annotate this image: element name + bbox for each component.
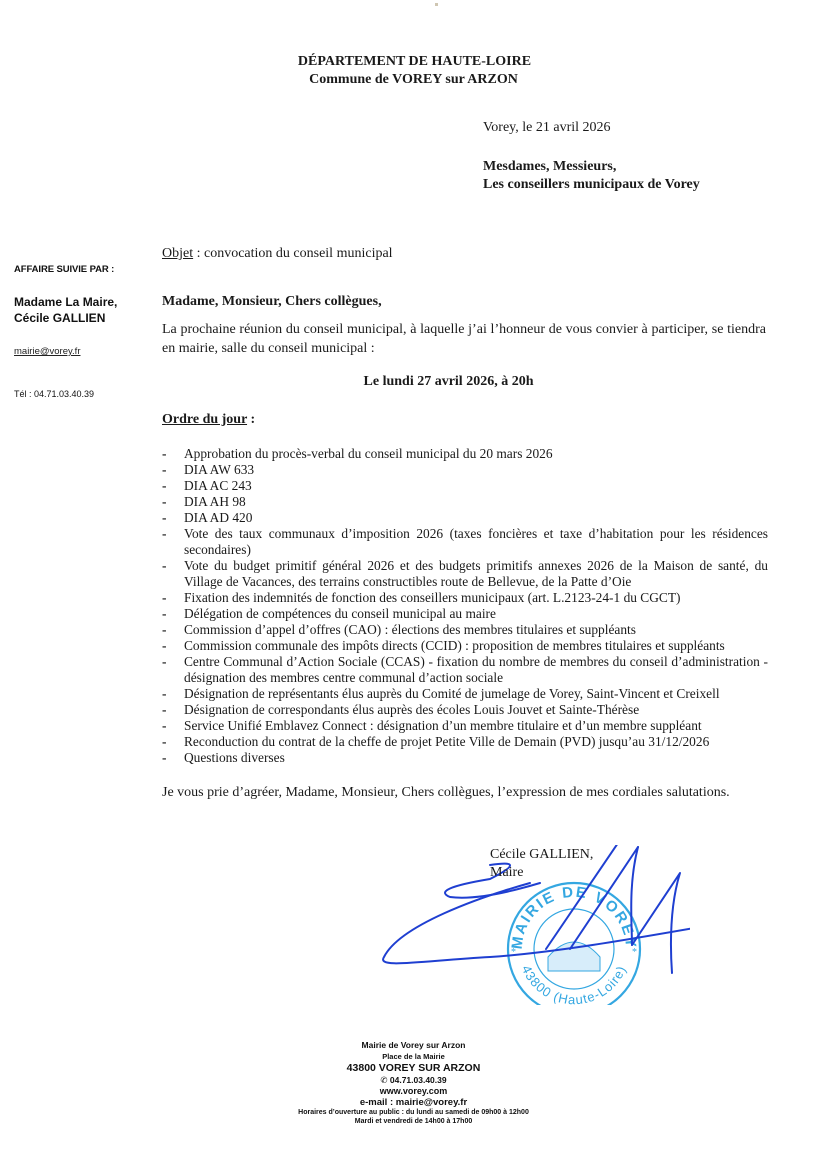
agenda-item: Désignation de correspondants élus auprè… [162, 702, 768, 718]
agenda-item: DIA AW 633 [162, 462, 768, 478]
agenda-title-suffix: : [247, 412, 255, 427]
letter-date: Vorey, le 21 avril 2026 [483, 120, 611, 136]
agenda-item: Fixation des indemnités de fonction des … [162, 590, 768, 606]
agenda-item: Commission d’appel d’offres (CAO) : élec… [162, 622, 768, 638]
agenda-item: Centre Communal d’Action Sociale (CCAS) … [162, 654, 768, 686]
footer-place: Place de la Mairie [0, 1051, 827, 1062]
footer-hours-1: Horaires d’ouverture au public : du lund… [0, 1108, 827, 1117]
department-title: DÉPARTEMENT DE HAUTE-LOIRE [0, 53, 827, 71]
agenda-item: Service Unifié Emblavez Connect : désign… [162, 718, 768, 734]
agenda-list: Approbation du procès-verbal du conseil … [162, 446, 768, 766]
footer-phone: ✆ 04.71.03.40.39 [0, 1075, 827, 1086]
recipients-line-1: Mesdames, Messieurs, [483, 158, 700, 176]
subject-line: Objet : convocation du conseil municipal [162, 246, 393, 262]
closing-paragraph: Je vous prie d’agréer, Madame, Monsieur,… [162, 783, 766, 802]
agenda-item: Commission communale des impôts directs … [162, 638, 768, 654]
subject-label: Objet [162, 246, 193, 261]
subject-separator: : [193, 246, 204, 261]
recipients: Mesdames, Messieurs, Les conseillers mun… [483, 158, 700, 194]
followed-by-label: AFFAIRE SUIVIE PAR : [14, 264, 154, 275]
agenda-item: Désignation de représentants élus auprès… [162, 686, 768, 702]
signer-name: Cécile GALLIEN, [490, 846, 593, 864]
scan-artifact [435, 3, 438, 6]
svg-text:*: * [511, 947, 516, 958]
intro-paragraph: La prochaine réunion du conseil municipa… [162, 320, 766, 358]
footer-address: Mairie de Vorey sur Arzon Place de la Ma… [0, 1040, 827, 1126]
footer-hours-2: Mardi et vendredi de 14h00 à 17h00 [0, 1117, 827, 1126]
letterhead: DÉPARTEMENT DE HAUTE-LOIRE Commune de VO… [0, 53, 827, 89]
svg-text:*: * [632, 947, 637, 958]
meeting-date: Le lundi 27 avril 2026, à 20h [0, 374, 827, 390]
contact-phone: Tél : 04.71.03.40.39 [14, 389, 94, 399]
agenda-item: Délégation de compétences du conseil mun… [162, 606, 768, 622]
contact-email-link[interactable]: mairie@vorey.fr [14, 346, 80, 357]
footer-city: 43800 VOREY SUR ARZON [0, 1062, 827, 1075]
contact-sidebar: AFFAIRE SUIVIE PAR : Madame La Maire, Cé… [14, 264, 154, 326]
agenda-item: Reconduction du contrat de la cheffe de … [162, 734, 768, 750]
contact-name-line-1: Madame La Maire, [14, 294, 154, 310]
agenda-item: Vote des taux communaux d’imposition 202… [162, 526, 768, 558]
recipients-line-2: Les conseillers municipaux de Vorey [483, 176, 700, 194]
signer-role: Maire [490, 864, 593, 882]
commune-title: Commune de VOREY sur ARZON [0, 71, 827, 89]
agenda-title: Ordre du jour : [162, 412, 255, 428]
agenda-item: DIA AH 98 [162, 494, 768, 510]
contact-name: Madame La Maire, Cécile GALLIEN [14, 294, 154, 326]
contact-name-line-2: Cécile GALLIEN [14, 310, 154, 326]
footer-website-link[interactable]: www.vorey.com [0, 1086, 827, 1097]
agenda-title-text: Ordre du jour [162, 412, 247, 427]
footer-mairie: Mairie de Vorey sur Arzon [0, 1040, 827, 1051]
signer-block: Cécile GALLIEN, Maire [490, 846, 593, 882]
agenda-item: Questions diverses [162, 750, 768, 766]
agenda-item: Approbation du procès-verbal du conseil … [162, 446, 768, 462]
greeting: Madame, Monsieur, Chers collègues, [162, 294, 382, 310]
subject-text: convocation du conseil municipal [204, 246, 393, 261]
agenda-item: DIA AC 243 [162, 478, 768, 494]
footer-email-link[interactable]: e-mail : mairie@vorey.fr [0, 1097, 827, 1108]
agenda-item: Vote du budget primitif général 2026 et … [162, 558, 768, 590]
agenda-item: DIA AD 420 [162, 510, 768, 526]
